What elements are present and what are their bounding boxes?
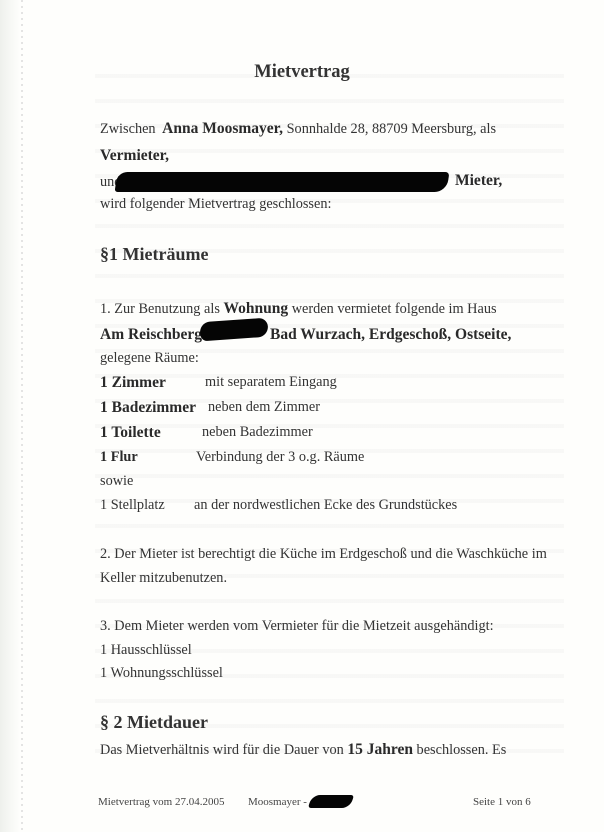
section2-duration: 15 Jahren <box>347 741 413 758</box>
room-name: 1 Badezimmer <box>100 399 196 417</box>
intro-text: Zwischen <box>100 121 156 137</box>
landlord-address: Sonnhalde 28, 88709 Meersburg, als <box>287 121 496 137</box>
footer-page-number: Seite 1 von 6 <box>473 796 531 808</box>
para1-text-c: werden vermietet folgende im Haus <box>292 301 497 317</box>
section1-heading: §1 Mieträume <box>100 244 208 265</box>
address-city: Bad Wurzach, Erdgeschoß, Ostseite, <box>270 326 511 344</box>
para1-wohnung: Wohnung <box>224 300 289 317</box>
document-page: Mietvertrag Zwischen Anna Moosmayer, Son… <box>0 0 604 832</box>
address-street: Am Reischberg <box>100 326 202 344</box>
section2-text: Das Mietverhältnis wird für die Dauer vo… <box>100 741 506 759</box>
rooms-intro: gelegene Räume: <box>100 350 199 367</box>
landlord-name: Anna Moosmayer, <box>162 120 283 137</box>
scan-edge <box>0 0 20 832</box>
sowie-text: sowie <box>100 473 133 490</box>
room-desc: Verbindung der 3 o.g. Räume <box>196 449 364 466</box>
room-desc: mit separatem Eingang <box>205 374 337 391</box>
parking-name: 1 Stellplatz <box>100 497 165 514</box>
footer-names: Moosmayer - <box>248 796 307 808</box>
section2-text-c: beschlossen. Es <box>417 742 507 758</box>
landlord-role: Vermieter, <box>100 147 169 165</box>
section2-text-a: Das Mietverhältnis wird für die Dauer vo… <box>100 742 344 758</box>
scan-margin-dots <box>21 0 23 832</box>
closing-text: wird folgender Mietvertrag geschlossen: <box>100 196 331 213</box>
room-desc: neben Badezimmer <box>202 424 313 441</box>
footer-contract-date: Mietvertrag vom 27.04.2005 <box>98 796 224 808</box>
room-desc: neben dem Zimmer <box>208 399 320 416</box>
redaction-footer <box>308 795 354 808</box>
tenant-role: Mieter, <box>455 172 502 190</box>
section1-para2-line2: Keller mitzubenutzen. <box>100 570 227 587</box>
room-name: 1 Zimmer <box>100 374 166 392</box>
section1-para2-line1: 2. Der Mieter ist berechtigt die Küche i… <box>100 546 547 563</box>
section2-heading: § 2 Mietdauer <box>100 712 208 733</box>
parking-desc: an der nordwestlichen Ecke des Grundstüc… <box>194 497 457 514</box>
document-title: Mietvertrag <box>0 62 604 83</box>
room-name: 1 Toilette <box>100 424 161 442</box>
para1-text-a: 1. Zur Benutzung als <box>100 301 220 317</box>
key-item: 1 Hausschlüssel <box>100 642 192 659</box>
redaction-tenant <box>115 172 450 192</box>
key-item: 1 Wohnungsschlüssel <box>100 665 223 682</box>
section1-para3: 3. Dem Mieter werden vom Vermieter für d… <box>100 618 494 635</box>
room-name: 1 Flur <box>100 449 138 466</box>
section1-para1: 1. Zur Benutzung als Wohnung werden verm… <box>100 300 497 318</box>
parties-line-1: Zwischen Anna Moosmayer, Sonnhalde 28, 8… <box>100 120 496 138</box>
